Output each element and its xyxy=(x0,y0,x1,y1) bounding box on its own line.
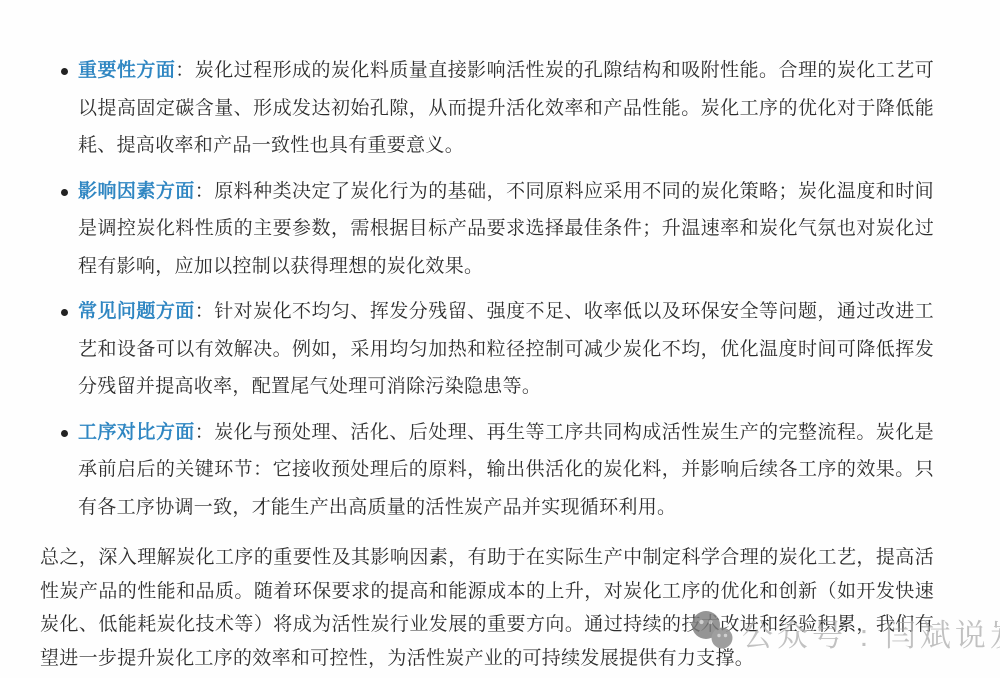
bullet-dot xyxy=(61,430,68,437)
bullet-body: ：原料种类决定了炭化行为的基础，不同原料应采用不同的炭化策略；炭化温度和时间是调… xyxy=(78,181,934,277)
bullet-body: ：炭化与预处理、活化、后处理、再生等工序共同构成活性炭生产的完整流程。炭化是承前… xyxy=(78,422,934,518)
bullet-heading: 重要性方面 xyxy=(78,60,175,81)
bullet-item-importance: 重要性方面：炭化过程形成的炭化料质量直接影响活性炭的孔隙结构和吸附性能。合理的炭… xyxy=(60,52,934,165)
bullet-heading: 常见问题方面 xyxy=(78,301,195,322)
bullet-dot xyxy=(61,309,68,316)
document-content: 重要性方面：炭化过程形成的炭化料质量直接影响活性炭的孔隙结构和吸附性能。合理的炭… xyxy=(0,0,1000,675)
bullet-list: 重要性方面：炭化过程形成的炭化料质量直接影响活性炭的孔隙结构和吸附性能。合理的炭… xyxy=(60,52,934,526)
document-page: 重要性方面：炭化过程形成的炭化料质量直接影响活性炭的孔隙结构和吸附性能。合理的炭… xyxy=(0,0,1000,678)
bullet-body: ：炭化过程形成的炭化料质量直接影响活性炭的孔隙结构和吸附性能。合理的炭化工艺可以… xyxy=(78,60,934,156)
bullet-dot xyxy=(61,68,68,75)
bullet-item-problems: 常见问题方面：针对炭化不均匀、挥发分残留、强度不足、收率低以及环保安全等问题，通… xyxy=(60,293,934,406)
bullet-dot xyxy=(61,189,68,196)
summary-paragraph: 总之，深入理解炭化工序的重要性及其影响因素，有助于在实际生产中制定科学合理的炭化… xyxy=(40,541,934,675)
bullet-item-comparison: 工序对比方面：炭化与预处理、活化、后处理、再生等工序共同构成活性炭生产的完整流程… xyxy=(60,414,934,527)
bullet-item-factors: 影响因素方面：原料种类决定了炭化行为的基础，不同原料应采用不同的炭化策略；炭化温… xyxy=(60,173,934,286)
bullet-body: ：针对炭化不均匀、挥发分残留、强度不足、收率低以及环保安全等问题，通过改进工艺和… xyxy=(78,301,934,397)
bullet-heading: 影响因素方面 xyxy=(78,181,195,202)
bullet-heading: 工序对比方面 xyxy=(78,422,195,443)
